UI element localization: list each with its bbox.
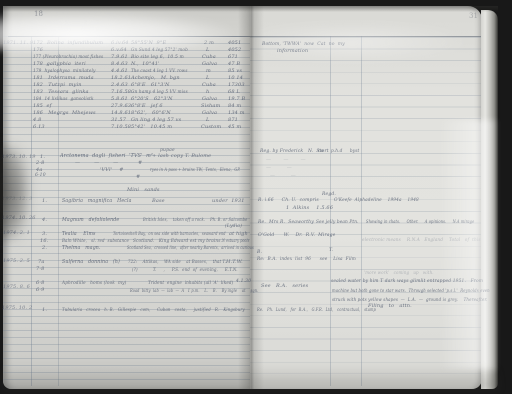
handwriting-line: 4052 bbox=[228, 48, 241, 53]
handwriting-line: 'more work' coming up with. bbox=[364, 271, 434, 276]
handwriting-line: — — bbox=[266, 166, 292, 171]
handwriting-line: 186 Megrgs Mbejews bbox=[33, 111, 96, 116]
handwriting-line: Sisham bbox=[201, 104, 220, 109]
handwriting-line: electronic means R.N.A England Total of … bbox=[362, 238, 481, 243]
handwriting-line: — — bbox=[270, 174, 296, 179]
handwriting-line: 182 Tutzpi myin bbox=[33, 83, 82, 88]
handwriting-line: 10 14 bbox=[228, 76, 243, 81]
handwriting-line: 31.57 bbox=[111, 118, 126, 123]
handwriting-line: + lash copy T. Bulome bbox=[152, 154, 211, 159]
handwriting-line: 1974. 10. 26 bbox=[2, 216, 36, 221]
handwriting-line: Achemjo, M. bgn bbox=[131, 76, 180, 81]
handwriting-line: 6.v.64 bbox=[111, 48, 127, 53]
handwriting-line: 1973. 12. 3 bbox=[2, 197, 32, 202]
handwriting-line: 671 bbox=[228, 55, 238, 60]
handwriting-line: 6.iv.64 bbox=[111, 41, 129, 46]
handwriting-line: 1 Alkins 1.5.66 bbox=[286, 206, 333, 211]
handwriting-line: Scotland Sea, crossed line, after nearby… bbox=[127, 246, 254, 251]
handwriting-line: 2-8 bbox=[36, 161, 45, 166]
handwriting-line: 183 Tessara glinka bbox=[33, 90, 89, 95]
handwriting-line: 47 B bbox=[228, 62, 240, 67]
register-book-photo: 18 31 1971. 11. 9172Bolina infundibulum6… bbox=[0, 0, 512, 394]
handwriting-line: 4051 bbox=[228, 41, 241, 46]
handwriting-line: 14.8.61 bbox=[111, 111, 131, 116]
handwriting-line: — — — bbox=[266, 158, 306, 163]
handwriting-line: 871 bbox=[228, 118, 238, 123]
handwriting-line: Magnum defoliolende bbox=[62, 218, 119, 224]
handwriting-line: 6-9 bbox=[36, 288, 45, 293]
handwriting-line: 7.9.61 bbox=[111, 55, 128, 60]
handwriting-line: Trident engine inhabits (all 'A' liked) bbox=[148, 281, 233, 286]
handwriting-line: 4. bbox=[42, 218, 47, 223]
handwriting-line: 2 m bbox=[204, 41, 214, 46]
handwriting-line: 176 bbox=[33, 48, 43, 53]
handwriting-line: See jelly bean Ptn. bbox=[316, 220, 359, 225]
handwriting-line: 5°42' 10.45 m bbox=[131, 125, 172, 130]
handwriting-line: N., 10°41' bbox=[131, 62, 160, 67]
handwriting-line: 6.13 bbox=[33, 125, 45, 130]
handwriting-line: 1971. 11. 9 bbox=[3, 41, 33, 46]
handwriting-line: — — — bbox=[75, 161, 118, 166]
handwriting-line: 1975. 8. 6 bbox=[3, 285, 30, 290]
handwriting-line: h bbox=[206, 90, 209, 95]
handwriting-line: under 1931 bbox=[212, 199, 245, 204]
handwriting-line: 184 14 lislikas gansolistk bbox=[33, 97, 94, 102]
handwriting-line: The coast 4 leg 1 VV. rows bbox=[131, 69, 188, 74]
handwriting-line: machine but both gone to star wars. Thro… bbox=[332, 289, 490, 294]
handwriting-line: Custom bbox=[201, 125, 221, 130]
handwriting-line: (?) T. , P.S. end of evening, E.T.N. bbox=[132, 268, 238, 273]
handwriting-line: O'Keefe Alphadeline 1994a 1948 bbox=[334, 198, 419, 203]
handwriting-line: Base bbox=[152, 199, 165, 204]
handwriting-line: L bbox=[206, 48, 209, 53]
handwriting-line: R. i.66 Ch. U. compris bbox=[258, 198, 319, 203]
handwriting-line: Arctonema dagli fisheri 'TVS' m² bbox=[60, 154, 153, 160]
handwriting-line: Bio site leg 6, 10.5 m bbox=[131, 55, 184, 60]
handwriting-line: 177 (Pleurobrachia) most fishes bbox=[33, 55, 103, 60]
handwriting-line: sealed water by him T dark ways glimlit … bbox=[331, 279, 483, 284]
handwriting-line: 'VVl' # bbox=[100, 168, 124, 173]
handwriting-line: 134 m bbox=[228, 111, 245, 116]
handwriting-line: Re: B.A. index list 96 see Lisa Film bbox=[257, 257, 356, 262]
handwriting-line: Galva bbox=[202, 111, 217, 116]
handwriting-line: 4.4.61 bbox=[111, 69, 128, 74]
handwriting-line: 8°62', 60°6'N bbox=[131, 111, 171, 116]
handwriting-line: Cuba bbox=[202, 55, 216, 60]
handwriting-line: 185 ef bbox=[33, 104, 52, 109]
handwriting-line: 45 m bbox=[228, 125, 241, 130]
handwriting-line: 6-10 bbox=[35, 174, 46, 179]
handwriting-line: 6°8'E 61°3'N bbox=[131, 83, 170, 88]
handwriting-line: Road bitty lab — lab — A 1 p.m. L. B. By… bbox=[130, 289, 258, 294]
handwriting-line: 2.4.63 bbox=[111, 83, 128, 88]
handwriting-line: 84 m bbox=[228, 104, 241, 109]
handwriting-line: 68 L bbox=[228, 90, 240, 95]
handwriting-line: Galva bbox=[202, 62, 217, 67]
handwriting-line: Sagibria magnifica Hecla bbox=[62, 199, 132, 205]
handwriting-line: (Lydia) bbox=[225, 225, 242, 230]
handwriting-line: Bottom, 'TWWA' now Cat no my bbox=[262, 42, 345, 47]
handwriting-line: 7.10.58 bbox=[111, 125, 131, 130]
handwriting-line: 6°8'E jef 6 bbox=[131, 104, 163, 109]
handwriting-line: 7.16.58 bbox=[111, 90, 131, 95]
handwriting-line: 4.1.30 bbox=[236, 280, 251, 285]
handwriting-line: 1975. 2. 5 bbox=[3, 259, 30, 264]
handwriting-layer: 1971. 11. 9172Bolina infundibulum6.iv.64… bbox=[0, 0, 512, 394]
handwriting-line: Bolina infundibulum bbox=[47, 41, 103, 46]
handwriting-line: no p.h.d byst bbox=[318, 149, 359, 154]
handwriting-line: 1975. 10. 2 bbox=[2, 306, 32, 311]
handwriting-line: m bbox=[206, 69, 211, 74]
handwriting-line: 4.8 bbox=[33, 118, 41, 123]
handwriting-line: 6-8 bbox=[36, 281, 45, 286]
handwriting-line: # bbox=[138, 161, 142, 166]
handwriting-line: British Isles, taken off a rock. Ph. B. … bbox=[143, 218, 247, 223]
handwriting-line: O'Gold W. Dr. R.V. Mirage bbox=[258, 233, 335, 238]
handwriting-line: ryes in A pass + bruins TW, Tents, Elena… bbox=[150, 168, 240, 173]
handwriting-line: 58°55'N 9°E bbox=[131, 41, 166, 46]
handwriting-line: Gn ling 4 leg 57 vs bbox=[131, 118, 181, 123]
handwriting-line: 172 bbox=[33, 41, 43, 46]
handwriting-line: Gn Sund 4 leg 57°2' mob bbox=[131, 48, 188, 53]
handwriting-line: 7a bbox=[38, 260, 44, 265]
handwriting-line: Showing in chats. Other. A opinions. N.A… bbox=[366, 220, 474, 225]
handwriting-line: Scotland. King Edward est my brains. bbox=[133, 239, 222, 244]
handwriting-line: # bbox=[136, 175, 140, 180]
handwriting-line: N estuary pools bbox=[222, 239, 249, 244]
handwriting-line: 1973. 10. 19 bbox=[2, 155, 36, 160]
handwriting-line: H.T.W. bbox=[226, 260, 243, 265]
handwriting-line: Sulferna donnina (h) bbox=[62, 260, 120, 266]
handwriting-line: Cuba bbox=[202, 83, 216, 88]
handwriting-line: 85 vs bbox=[228, 69, 242, 74]
handwriting-line: 178 gallyphia iteri bbox=[33, 62, 86, 67]
handwriting-line: information bbox=[277, 49, 308, 54]
handwriting-line: 18.2.61 bbox=[111, 76, 131, 81]
handwriting-line: 16. bbox=[40, 239, 48, 244]
handwriting-line: 181 Irderrama muda bbox=[33, 76, 94, 81]
handwriting-line: 2. bbox=[42, 246, 47, 251]
handwriting-line: Tubularia crocea h. R. Gillespie com, Cu… bbox=[62, 308, 245, 313]
handwriting-line: 722: Attikas, WA side at Basses, that T. bbox=[128, 260, 226, 265]
handwriting-line: 179 hyalophysa minilately bbox=[33, 69, 95, 74]
handwriting-line: 17303 bbox=[228, 83, 245, 88]
handwriting-line: See R.A. series bbox=[261, 284, 308, 289]
handwriting-line: 3. bbox=[42, 232, 47, 237]
handwriting-line: at high bbox=[229, 232, 248, 237]
handwriting-line: 19.7 B bbox=[228, 97, 245, 102]
handwriting-line: Mini sands bbox=[127, 188, 160, 193]
handwriting-line: Galva bbox=[202, 97, 217, 102]
handwriting-line: 27.9.63 bbox=[111, 104, 131, 109]
handwriting-line: 8.4.63 bbox=[111, 62, 128, 67]
handwriting-line: T. bbox=[329, 249, 333, 254]
handwriting-line: 1. bbox=[42, 308, 47, 313]
handwriting-line: Re. Mrs R. Seaworthy bbox=[258, 220, 314, 225]
handwriting-line: L bbox=[206, 118, 209, 123]
handwriting-line: 5.8.61 bbox=[111, 97, 128, 102]
handwriting-line: 1974. 2. 1 bbox=[3, 231, 30, 236]
handwriting-line: L bbox=[206, 76, 209, 81]
handwriting-line: Thelma magn. bbox=[62, 246, 101, 252]
handwriting-line: Gn hamy 4 leg 5 VV miss bbox=[131, 90, 188, 95]
handwriting-line: 1. bbox=[42, 199, 47, 204]
handwriting-line: Aphrodille homs (look my) bbox=[62, 281, 126, 286]
handwriting-line: Tealia Elms bbox=[62, 232, 96, 238]
handwriting-line: 6°20'S 62°3'N bbox=[131, 97, 173, 102]
handwriting-line: Re. Ph. Lund, for R.A., G.F.R. Ltd, cont… bbox=[257, 308, 376, 313]
handwriting-line: 7-8 bbox=[36, 267, 45, 272]
handwriting-line: Tortoiseshell Bay, on sea side with barn… bbox=[113, 232, 226, 237]
handwriting-line: B. bbox=[257, 251, 262, 256]
handwriting-line: Baln White, sl. red substance bbox=[62, 239, 129, 244]
